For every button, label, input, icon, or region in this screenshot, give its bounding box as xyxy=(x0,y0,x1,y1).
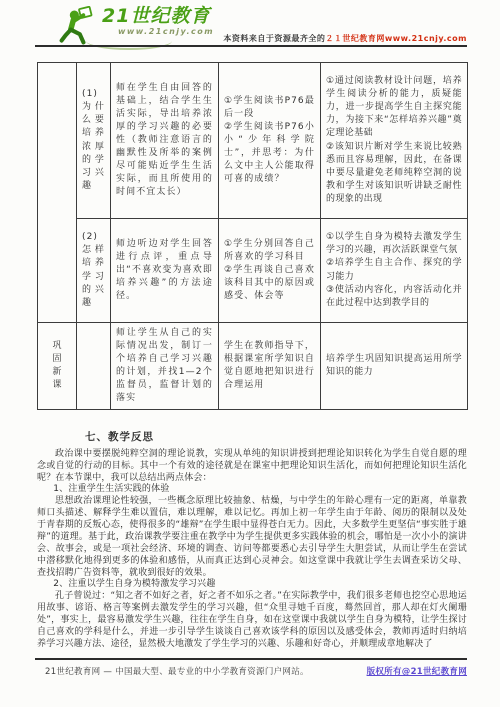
copyright-link[interactable]: 版权所有@21世纪教育网 xyxy=(367,665,467,677)
reflection-intro: 政治课中要摆脱纯粹空洞的理论说教，实现从单纯的知识讲授到把理论知识转化为学生自觉… xyxy=(37,449,467,485)
table-row: (1) 为什么要培养浓厚的学习兴趣 师在学生自由回答的基础上，结合学生生活实际，… xyxy=(38,63,468,219)
reflection-section: 七、教学反思 政治课中要摆脱纯粹空洞的理论说教，实现从单纯的知识讲授到把理论知识… xyxy=(37,431,467,651)
logo-swoosh xyxy=(86,32,172,50)
notice-site-name: ２１世纪教育网 xyxy=(325,34,385,43)
lesson-plan-table: (1) 为什么要培养浓厚的学习兴趣 师在学生自由回答的基础上，结合学生生活实际，… xyxy=(37,62,468,410)
cell-teacher-activity-3: 师让学生从自己的实际情况出发，制订一个培养自己学习兴趣的计划，并找1—2个监督员… xyxy=(111,323,219,410)
document-page: 21世纪教育 www.21cnjy.com 本资料来自于资源最齐全的２１世纪教育… xyxy=(0,0,500,707)
cell-teacher-activity-2: 师边听边对学生回答进行点评，重点导出“不喜欢变为喜欢即培养兴趣”的方法途径。 xyxy=(111,219,219,323)
cell-student-activity-2: ①学生分别回答自己所喜欢的学习科目 ②学生再谈自己喜欢该科目其中的原因或感受、体… xyxy=(219,219,321,323)
reflection-point1-title: 1、注重学生生活实践的体验 xyxy=(37,484,467,496)
reflection-point1-body: 思想政治课理论性较强，一些概念原理比较抽象、枯燥，与中学生的年龄心理有一定的距离… xyxy=(37,496,467,579)
footer-divider xyxy=(35,658,467,660)
cell-topic-3-empty xyxy=(77,323,111,410)
cell-topic-1: (1) 为什么要培养浓厚的学习兴趣 xyxy=(77,63,111,219)
cell-stage-consolidate: 巩 固 新 课 xyxy=(38,323,77,410)
cell-teacher-activity-1: 师在学生自由回答的基础上，结合学生生活实际，导出培养浓厚的学习兴趣的必要性（教师… xyxy=(111,63,219,219)
footer-slogan: 21世纪教育网 — 中国最大型、最专业的中小学教育资源门户网站。 xyxy=(45,665,309,677)
cell-design-intent-1: ①通过阅读教材设计问题，培养学生阅读分析的能力，质疑能力，进一步提高学生自主探究… xyxy=(321,63,468,219)
page-footer: 21世纪教育网 — 中国最大型、最专业的中小学教育资源门户网站。 版权所有@21… xyxy=(45,665,467,677)
cell-design-intent-3: 培养学生巩固知识提高运用所学知识的能力 xyxy=(321,323,468,410)
section-heading: 七、教学反思 xyxy=(85,431,467,445)
brand-name: 21世纪教育 xyxy=(102,6,214,26)
table-row: (2) 怎样培养学习的兴趣 师边听边对学生回答进行点评，重点导出“不喜欢变为喜欢… xyxy=(38,219,468,323)
reflection-point2-body: 孔子曾说过：“知之者不如好之者，好之者不如乐之者。”在实际教学中，我们很多老师也… xyxy=(37,591,467,650)
cell-topic-2: (2) 怎样培养学习的兴趣 xyxy=(77,219,111,323)
header-divider xyxy=(35,45,467,47)
cell-student-activity-3: 学生在教师指导下，根据课室所学知识自觉自愿地把知识进行合理运用 xyxy=(219,323,321,410)
header-notice: 本资料来自于资源最齐全的２１世纪教育网www.21cnjy.com xyxy=(223,33,467,44)
table-row: 巩 固 新 课 师让学生从自己的实际情况出发，制订一个培养自己学习兴趣的计划，并… xyxy=(38,323,468,410)
cell-design-intent-2: ①以学生自身为模特去激发学生学习的兴趣，再次活跃课堂气氛 ②培养学生自主合作、探… xyxy=(321,219,468,323)
notice-site-url: www.21cnjy.com xyxy=(385,34,467,43)
cell-student-activity-1: ①学生阅读书P76最后一段 ②学生阅读书P76小小“少年科学院士”，并思考：为什… xyxy=(219,63,321,219)
cell-stage-empty xyxy=(38,63,77,323)
notice-prefix: 本资料来自于资源最齐全的 xyxy=(223,34,325,43)
brand-logo: 21世纪教育 www.21cnjy.com xyxy=(58,6,214,46)
reflection-point2-title: 2、注重以学生自身为模特激发学习兴趣 xyxy=(37,579,467,591)
